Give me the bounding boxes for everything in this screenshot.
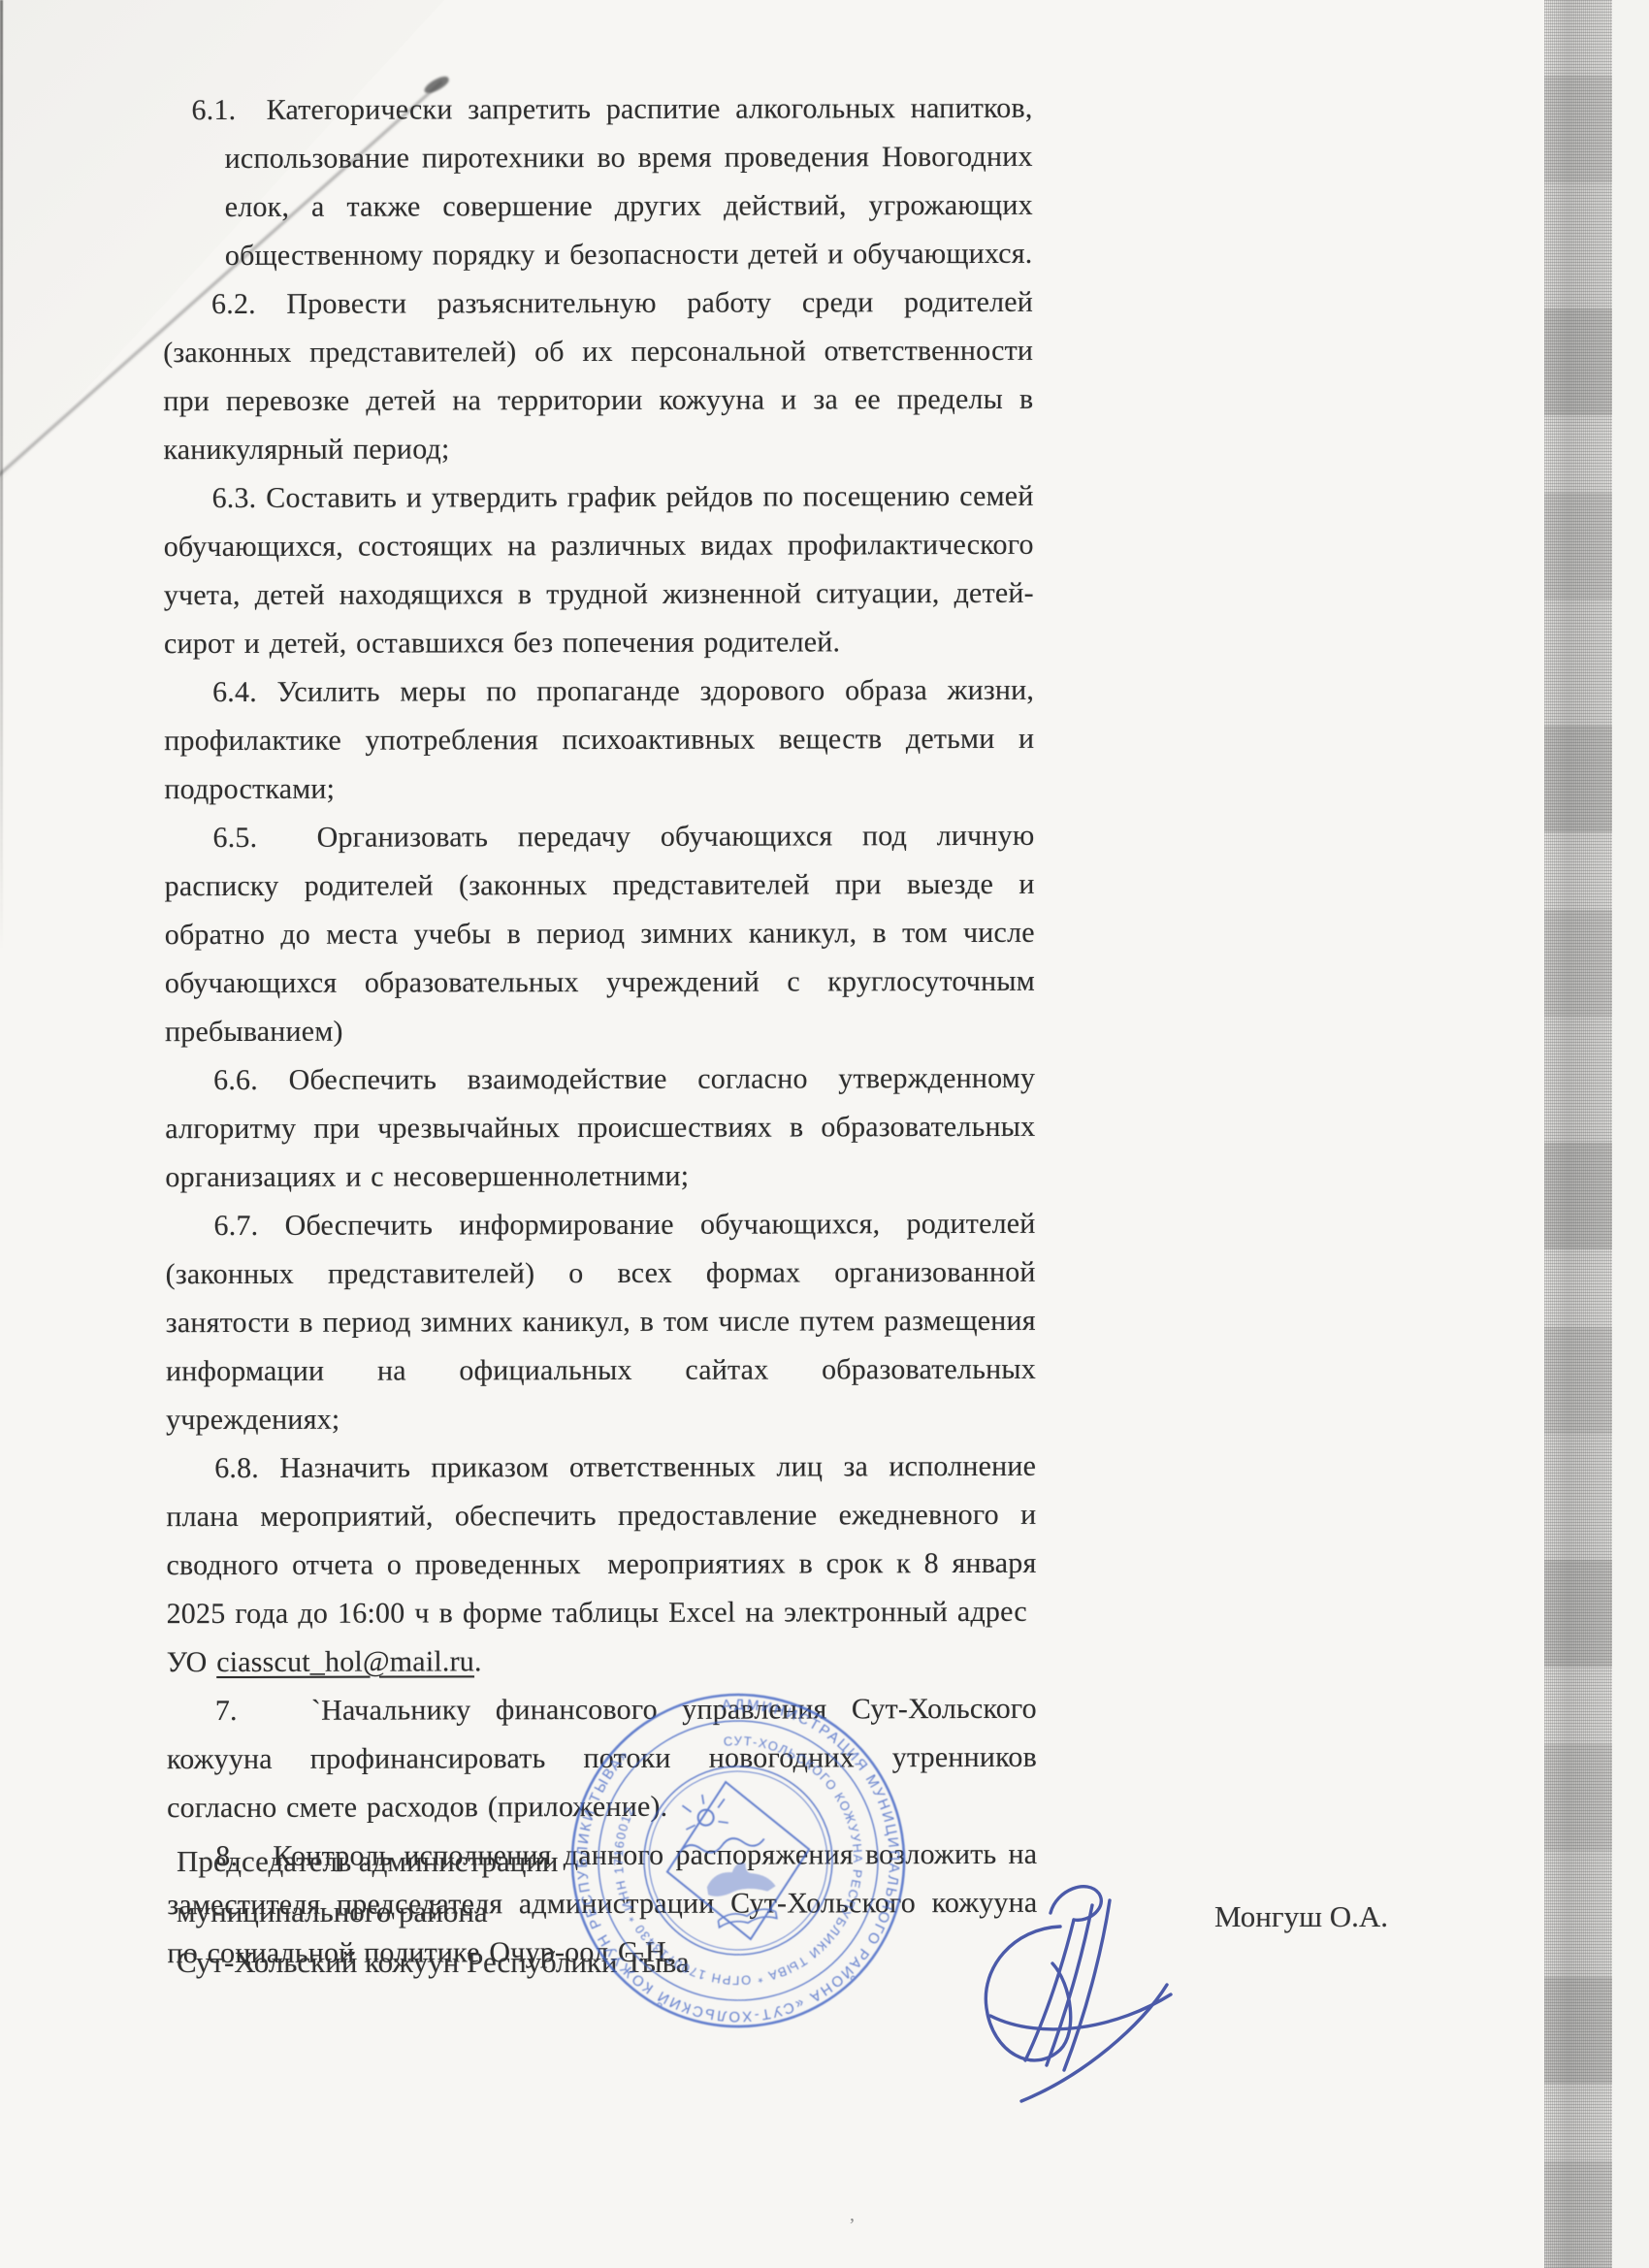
paragraph-6-2: 6.2. Провести разъяснительную работу сре… — [163, 278, 1034, 474]
paragraph-6-8-tail: . — [474, 1645, 482, 1677]
document-page: 6.1. Категорически запретить распитие ал… — [0, 0, 1649, 2268]
scan-edge-band — [1544, 0, 1612, 2268]
stamp-crest — [655, 1770, 822, 1950]
paragraph-6-1: 6.1. Категорически запретить распитие ал… — [224, 84, 1033, 280]
paragraph-6-5: 6.5. Организовать передачу обучающихся п… — [164, 812, 1035, 1056]
scan-edge-left — [0, 0, 3, 951]
stamp-ring-text-outer: АДМИНИСТРАЦИЯ МУНИЦИПАЛЬНОГО РАЙОНА «СУТ… — [551, 1673, 926, 2049]
scan-speck: , — [850, 2204, 855, 2226]
document-body: 6.1. Категорически запретить распитие ал… — [162, 84, 1037, 1978]
stamp-ring-text-inner: СУТ-ХОЛЬСКОГО КОЖУУНА РЕСПУБЛИКИ ТЫВА * … — [593, 1715, 884, 2006]
paragraph-6-8-text: 6.8. Назначить приказом ответственных ли… — [166, 1450, 1036, 1678]
signer-name: Монгуш О.А. — [1214, 1899, 1388, 1934]
paragraph-6-8: 6.8. Назначить приказом ответственных ли… — [166, 1442, 1037, 1687]
paragraph-6-7: 6.7. Обеспечить информирование обучающих… — [165, 1200, 1036, 1444]
paragraph-6-4: 6.4. Усилить меры по пропаганде здоровог… — [164, 666, 1034, 814]
handwritten-signature — [965, 1870, 1183, 2118]
stamp-outer-circle — [548, 1670, 927, 2050]
paragraph-6-3: 6.3. Составить и утвердить график рейдов… — [163, 472, 1034, 668]
official-stamp: АДМИНИСТРАЦИЯ МУНИЦИПАЛЬНОГО РАЙОНА «СУТ… — [543, 1666, 934, 2057]
paragraph-6-6: 6.6. Обеспечить взаимодействие согласно … — [165, 1054, 1035, 1202]
scan-edge-strip — [1612, 0, 1649, 2268]
email-link[interactable]: ciasscut_hol@mail.ru — [216, 1645, 474, 1678]
